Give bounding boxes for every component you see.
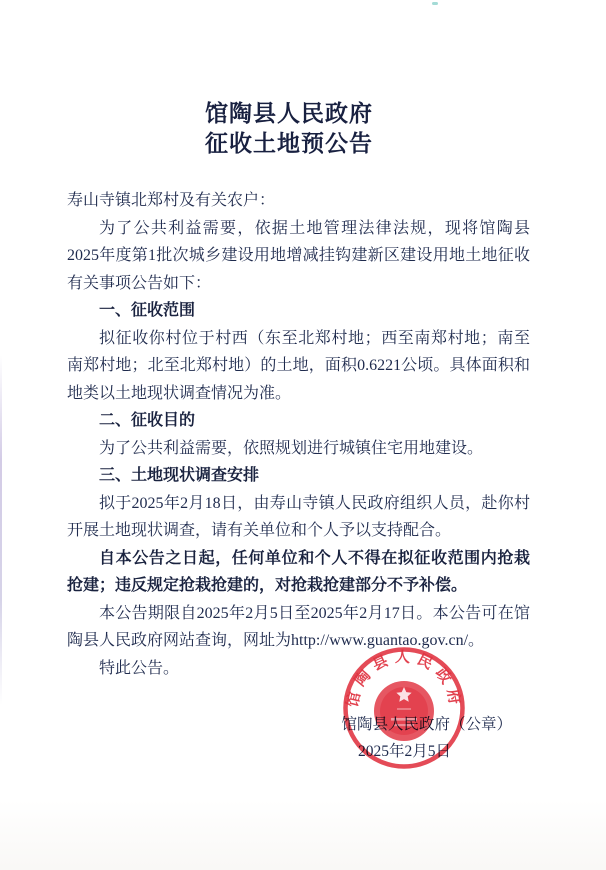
- signature-authority: 馆陶县人民政府（公章）: [341, 712, 512, 734]
- paragraph-purpose: 为了公共利益需要，依照规划进行城镇住宅用地建设。: [67, 435, 530, 463]
- section-heading-3: 三、土地现状调查安排: [67, 462, 530, 490]
- paragraph-notice-period: 本公告期限自2025年2月5日至2025年2月17日。本公告可在馆陶县人民政府网…: [67, 600, 530, 655]
- paragraph-survey: 拟于2025年2月18日，由寿山寺镇人民政府组织人员，赴你村开展土地现状调查，请…: [67, 490, 530, 545]
- scan-edge-artifact: [0, 355, 2, 705]
- paragraph-intro: 为了公共利益需要，依据土地管理法律法规，现将馆陶县2025年度第1批次城乡建设用…: [67, 215, 530, 298]
- scan-speck-artifact: [432, 2, 438, 5]
- scanned-document-page: 馆陶县人民政府 征收土地预公告 寿山寺镇北郑村及有关农户： 为了公共利益需要，依…: [0, 0, 606, 870]
- salutation: 寿山寺镇北郑村及有关农户：: [67, 187, 530, 215]
- seal-star-icon: [396, 687, 411, 702]
- section-heading-2: 二、征收目的: [67, 407, 530, 435]
- section-heading-1: 一、征收范围: [67, 297, 530, 325]
- paragraph-prohibition: 自本公告之日起，任何单位和个人不得在拟征收范围内抢栽抢建；违反规定抢栽抢建的，对…: [67, 545, 530, 600]
- signature-date: 2025年2月5日: [358, 739, 451, 761]
- title-line-government: 馆陶县人民政府: [0, 99, 578, 129]
- paragraph-scope: 拟征收你村位于村西（东至北郑村地；西至南郑村地；南至南郑村地；北至北郑村地）的土…: [67, 325, 530, 408]
- closing-statement: 特此公告。: [67, 655, 530, 683]
- title-line-notice: 征收土地预公告: [0, 129, 578, 159]
- document-body: 寿山寺镇北郑村及有关农户： 为了公共利益需要，依据土地管理法律法规，现将馆陶县2…: [67, 187, 530, 682]
- document-title: 馆陶县人民政府 征收土地预公告: [0, 99, 578, 158]
